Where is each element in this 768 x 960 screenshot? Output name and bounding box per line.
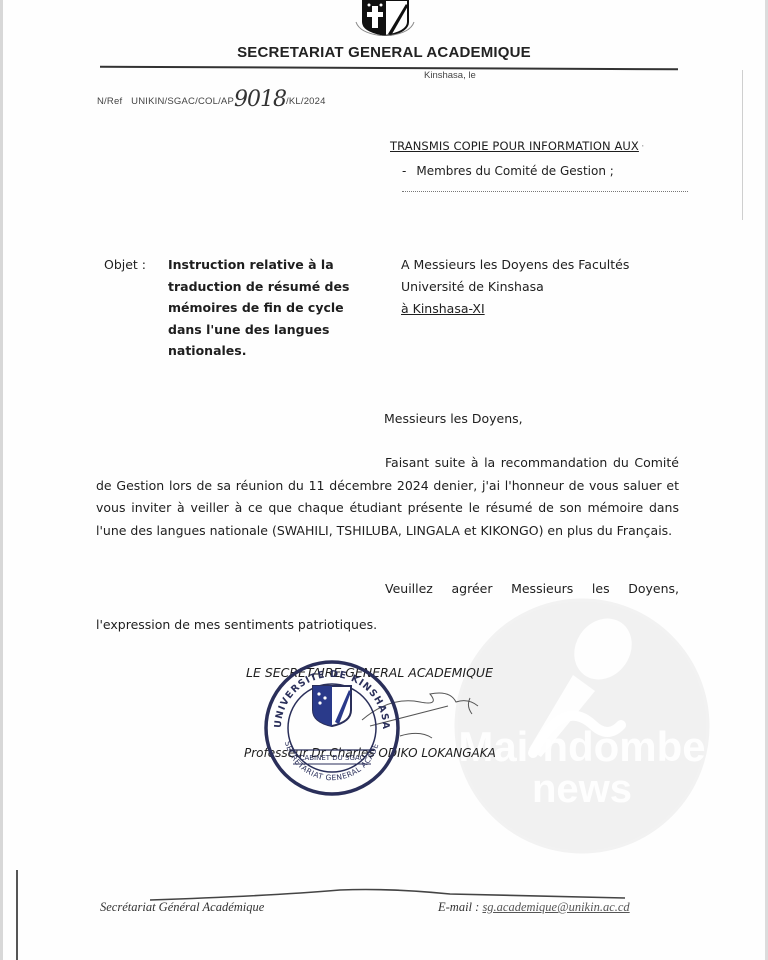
footer-contact: E-mail : sg.academique@unikin.ac.cd — [438, 900, 630, 915]
page-edge-left — [0, 0, 3, 960]
subject-line: Instruction relative à la — [168, 254, 368, 276]
university-crest-icon — [352, 0, 418, 36]
body-paragraph-text: Faisant suite à la recommandation du Com… — [96, 455, 679, 538]
body-paragraph: Faisant suite à la recommandation du Com… — [96, 452, 679, 542]
addressee-line: Université de Kinshasa — [401, 276, 629, 298]
scan-artifact-line — [16, 870, 18, 960]
city-date: Kinshasa, le — [424, 70, 476, 81]
copy-recipient-text: Membres du Comité de Gestion ; — [416, 164, 613, 178]
reference-handwritten-number: 9018 — [234, 87, 286, 112]
header-divider — [100, 66, 678, 71]
subject-text: Instruction relative à la traduction de … — [168, 254, 368, 362]
list-dash: - — [402, 164, 406, 178]
copy-recipient: -Membres du Comité de Gestion ; — [402, 164, 614, 178]
scanned-letter-page: SECRETARIAT GENERAL ACADEMIQUE Kinshasa,… — [0, 0, 768, 960]
email-link[interactable]: sg.academique@unikin.ac.cd — [482, 900, 629, 914]
news-watermark: Mai-ndombe news — [453, 597, 711, 855]
office-title: SECRETARIAT GENERAL ACADEMIQUE — [0, 44, 768, 61]
subject-label: Objet : — [104, 254, 166, 276]
copy-notice-title: TRANSMIS COPIE POUR INFORMATION AUX· — [390, 139, 645, 153]
copy-notice-title-text: TRANSMIS COPIE POUR INFORMATION AUX — [390, 139, 639, 153]
reference-label: N/Ref — [97, 96, 122, 107]
subject-line: mémoires de fin de cycle — [168, 297, 368, 319]
subject-line: nationales. — [168, 340, 368, 362]
addressee-line: A Messieurs les Doyens des Facultés — [401, 254, 629, 276]
subject-line: traduction de résumé des — [168, 276, 368, 298]
reference-prefix: UNIKIN/SGAC/COL/AP — [131, 96, 234, 107]
addressee-line: à Kinshasa-XI — [401, 298, 629, 320]
reference-number: N/Ref UNIKIN/SGAC/COL/AP9018/KL/2024 — [97, 87, 326, 112]
reference-suffix: /KL/2024 — [286, 96, 326, 107]
addressee-block: A Messieurs les Doyens des Facultés Univ… — [401, 254, 629, 320]
footer-office: Secrétariat Général Académique — [100, 900, 264, 915]
dotted-divider — [402, 191, 688, 192]
copy-notice-dot: · — [641, 139, 645, 153]
stamp-center-text: CABINET DU SGAC — [300, 754, 365, 762]
subject-line: dans l'une des langues — [168, 319, 368, 341]
salutation: Messieurs les Doyens, — [384, 411, 523, 426]
official-stamp: UNIVERSITE DE KINSHASA SECRETARIAT GENER… — [263, 656, 401, 800]
watermark-line2: news — [532, 767, 632, 811]
stamp-crest-icon — [313, 686, 351, 726]
email-label: E-mail : — [438, 900, 479, 914]
scan-artifact-line — [742, 70, 743, 220]
